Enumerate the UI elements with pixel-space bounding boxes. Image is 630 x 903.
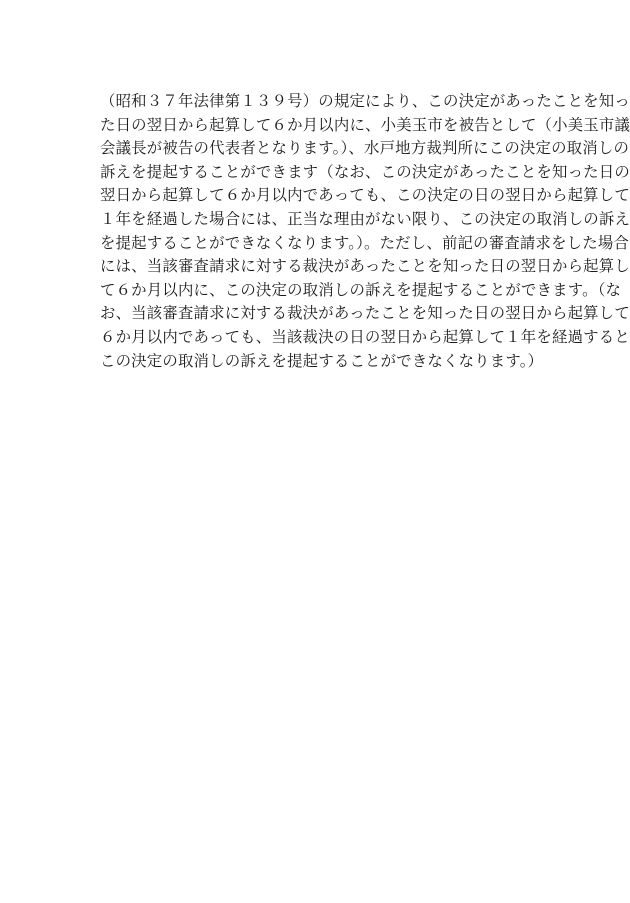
document-body-text: （昭和３７年法律第１３９号）の規定により、この決定があったことを知っ た日の翌日… [100, 90, 560, 373]
text-line: には、当該審査請求に対する裁決があったことを知った日の翌日から起算し [100, 255, 560, 279]
text-line: た日の翌日から起算して６か月以内に、小美玉市を被告として（小美玉市議 [100, 114, 560, 138]
text-line: を提起することができなくなります。）。ただし、前記の審査請求をした場合 [100, 232, 560, 256]
text-line: １年を経過した場合には、正当な理由がない限り、この決定の取消しの訴え [100, 208, 560, 232]
text-line: お、当該審査請求に対する裁決があったことを知った日の翌日から起算して [100, 302, 560, 326]
text-line: （昭和３７年法律第１３９号）の規定により、この決定があったことを知っ [100, 90, 560, 114]
text-line: 翌日から起算して６か月以内であっても、この決定の日の翌日から起算して [100, 184, 560, 208]
text-line: て６か月以内に、この決定の取消しの訴えを提起することができます。（な [100, 279, 560, 303]
text-line: この決定の取消しの訴えを提起することができなくなります。） [100, 350, 560, 374]
text-line: ６か月以内であっても、当該裁決の日の翌日から起算して１年を経過すると [100, 326, 560, 350]
text-line: 訴えを提起することができます（なお、この決定があったことを知った日の [100, 161, 560, 185]
document-page: （昭和３７年法律第１３９号）の規定により、この決定があったことを知っ た日の翌日… [0, 0, 630, 903]
text-line: 会議長が被告の代表者となります。）、水戸地方裁判所にこの決定の取消しの [100, 137, 560, 161]
